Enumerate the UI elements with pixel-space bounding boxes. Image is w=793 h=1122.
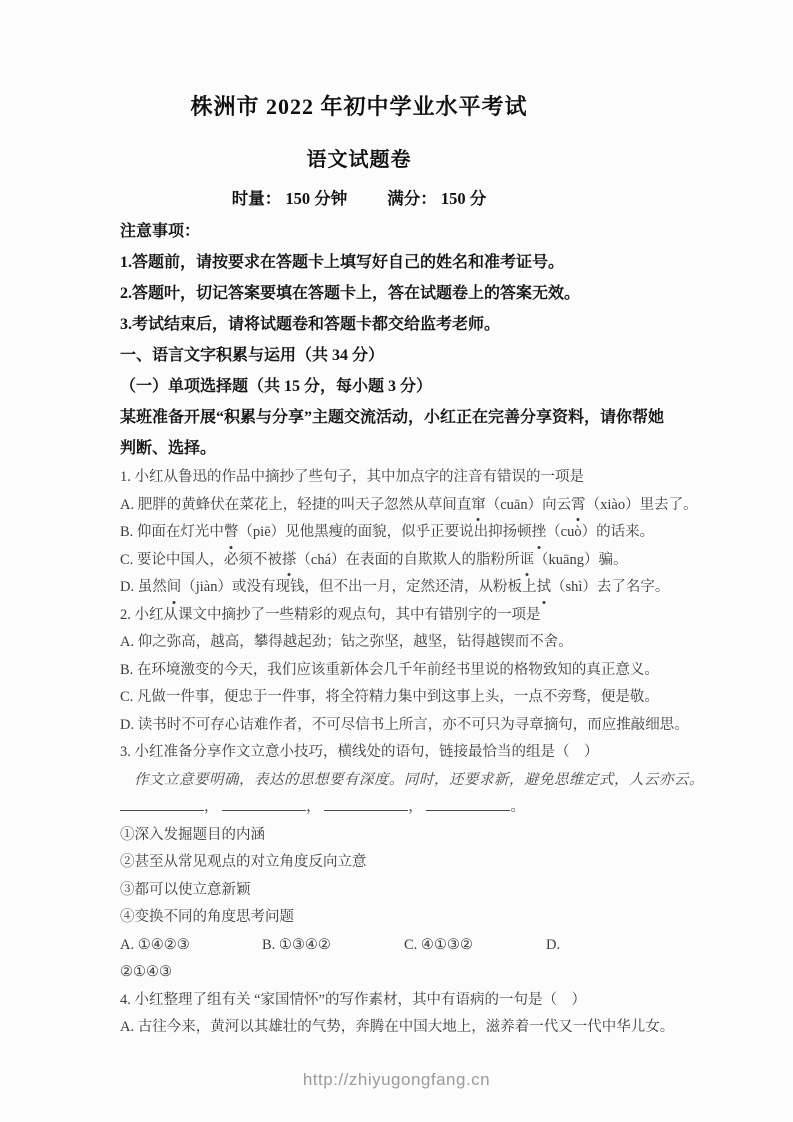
question-1-option-d: D. 虽然间（jiàn）或没有现钱，但不出一月，定然还清，从粉板上拭（shì）去… — [120, 574, 712, 602]
section-intro-line-1: 某班准备开展“积累与分享”主题交流活动，小红正在完善分享资料，请你帮她 — [120, 402, 712, 433]
question-2-option-b: B. 在环境激变的今天，我们应该重新体会几千年前经书里说的格物致知的真正意义。 — [120, 657, 712, 685]
question-2-option-a: A. 仰之弥高，越高，攀得越起劲；钻之弥坚，越坚，钻得越锲而不舍。 — [120, 629, 712, 657]
text-segment: （cuān）向云 — [486, 497, 571, 513]
text-segment: （kuāng）骗。 — [534, 552, 627, 568]
question-3-choice-a: A. ①④②③ — [120, 932, 262, 960]
text-segment: （piē）见他黑瘦的面貌，似乎正要说出抑扬顿 — [238, 524, 531, 540]
question-3-item-3: ③都可以使立意新颖 — [120, 877, 712, 905]
question-3-choice-b: B. ①③④② — [262, 932, 404, 960]
question-1: 1. 小红从鲁迅的作品中摘抄了些句子，其中加点字的注音有错误的一项是 A. 肥胖… — [120, 464, 712, 602]
answer-blank — [222, 796, 306, 811]
text-segment: （shì）去了名字。 — [551, 579, 669, 595]
question-2-option-d: D. 读书时不可存心诘难作者，不可尽信书上所言，亦不可只为寻章摘句，而应推敲细思… — [120, 712, 712, 740]
document-header: 株洲市 2022 年初中学业水平考试 语文试题卷 时量： 150 分钟满分： 1… — [120, 92, 598, 210]
question-3-item-4: ④变换不同的角度思考问题 — [120, 904, 712, 932]
question-3-item-2: ②甚至从常见观点的对立角度反向立意 — [120, 849, 712, 877]
notes-heading: 注意事项： — [120, 216, 712, 247]
text-segment: C. 要论中国人，必须不被 — [120, 552, 282, 568]
question-2: 2. 小红从课文中摘抄了一些精彩的观点句，其中有错别字的一项是 A. 仰之弥高，… — [120, 602, 712, 740]
question-1-stem: 1. 小红从鲁迅的作品中摘抄了些句子，其中加点字的注音有错误的一项是 — [120, 464, 712, 492]
answer-blank — [426, 796, 510, 811]
text-segment: B. 仰面在灯光中 — [120, 524, 224, 540]
emphasized-char: 挫 — [532, 519, 547, 547]
answer-blank — [324, 796, 408, 811]
emphasized-char: 霄 — [571, 492, 586, 520]
duration-label: 时量： 150 分钟 — [232, 189, 348, 208]
question-3-item-1: ①深入发掘题目的内涵 — [120, 822, 712, 850]
emphasized-char: 搽 — [282, 547, 297, 575]
emphasized-char: 间 — [167, 574, 182, 602]
full-score-label: 满分： 150 分 — [387, 189, 486, 208]
section-intro-line-2: 判断、选择。 — [120, 433, 712, 464]
emphasized-char: 窜 — [471, 492, 486, 520]
emphasized-char: 拭 — [536, 574, 551, 602]
note-item-1: 1.答题前，请按要求在答题卡上填写好自己的姓名和准考证号。 — [120, 247, 712, 278]
question-4-option-a: A. 古往今来，黄河以其雄壮的气势，奔腾在中国大地上，滋养着一代又一代中华儿女。 — [120, 1014, 712, 1042]
question-3-blank-line: ， ， ， 。 — [120, 794, 712, 822]
question-2-option-c: C. 凡做一件事，便忠于一件事，将全符精力集中到这事上头，一点不旁骛，便是敬。 — [120, 684, 712, 712]
page-content: 株洲市 2022 年初中学业水平考试 语文试题卷 时量： 150 分钟满分： 1… — [120, 92, 712, 1042]
page-subtitle: 语文试题卷 — [120, 146, 598, 174]
question-3-choice-d-continued: ②①④③ — [120, 959, 712, 987]
text-segment: （xiào）里去了。 — [586, 497, 698, 513]
footer-url: http://zhiyugongfang.cn — [0, 1070, 793, 1090]
question-4-stem: 4. 小红整理了组有关 “家国情怀”的写作素材，其中有语病的一句是（ ） — [120, 987, 712, 1015]
note-item-2: 2.答题叶，切记答案要填在答题卡上，答在试题卷上的答案无效。 — [120, 278, 712, 309]
question-3-stem: 3. 小红准备分享作文立意小技巧，横线处的语句，链接最恰当的组是（ ） — [120, 739, 712, 767]
section-subheading: （一）单项选择题（共 15 分，每小题 3 分） — [120, 371, 712, 402]
question-3-choice-d: D. — [546, 932, 560, 960]
question-1-option-b: B. 仰面在灯光中瞥（piē）见他黑瘦的面貌，似乎正要说出抑扬顿挫（cuò）的话… — [120, 519, 712, 547]
text-segment: D. 虽然 — [120, 579, 167, 595]
blank-terminator: 。 — [510, 799, 525, 815]
emphasized-char: 诓 — [520, 547, 535, 575]
question-2-stem: 2. 小红从课文中摘抄了一些精彩的观点句，其中有错别字的一项是 — [120, 602, 712, 630]
note-item-3: 3.考试结束后，请将试题卷和答题卡都交给监考老师。 — [120, 309, 712, 340]
question-3-passage: 作文立意要明确，表达的思想要有深度。同时，还要求新，避免思维定式，人云亦云。 — [120, 767, 712, 795]
question-4: 4. 小红整理了组有关 “家国情怀”的写作素材，其中有语病的一句是（ ） A. … — [120, 987, 712, 1042]
notes-section: 注意事项： 1.答题前，请按要求在答题卡上填写好自己的姓名和准考证号。 2.答题… — [120, 216, 712, 340]
text-segment: （cuò）的话来。 — [546, 524, 654, 540]
text-segment: A. 肥胖的黄蜂伏在菜花上，轻捷的叫天子忽然从草间直 — [120, 497, 471, 513]
question-1-option-c: C. 要论中国人，必须不被搽（chá）在表面的自欺欺人的脂粉所诓（kuāng）骗… — [120, 547, 712, 575]
exam-paper-page: 株洲市 2022 年初中学业水平考试 语文试题卷 时量： 150 分钟满分： 1… — [0, 0, 793, 1122]
emphasized-char: 瞥 — [224, 519, 239, 547]
question-3: 3. 小红准备分享作文立意小技巧，横线处的语句，链接最恰当的组是（ ） 作文立意… — [120, 739, 712, 987]
question-3-choices-row: A. ①④②③B. ①③④②C. ④①③②D. — [120, 932, 712, 960]
blank-separator: ， — [204, 799, 219, 815]
page-title: 株洲市 2022 年初中学业水平考试 — [120, 92, 598, 122]
answer-blank — [120, 796, 204, 811]
blank-separator: ， — [408, 799, 423, 815]
exam-meta: 时量： 150 分钟满分： 150 分 — [120, 188, 598, 210]
text-segment: （jiàn）或没有现钱，但不出一月，定然还清，从粉板上 — [181, 579, 536, 595]
section-heading: 一、语言文字积累与运用（共 34 分） — [120, 340, 712, 371]
question-1-option-a: A. 肥胖的黄蜂伏在菜花上，轻捷的叫天子忽然从草间直窜（cuān）向云霄（xià… — [120, 492, 712, 520]
text-segment: （chá）在表面的自欺欺人的脂粉所 — [296, 552, 519, 568]
blank-separator: ， — [306, 799, 321, 815]
question-3-choice-c: C. ④①③② — [404, 932, 546, 960]
